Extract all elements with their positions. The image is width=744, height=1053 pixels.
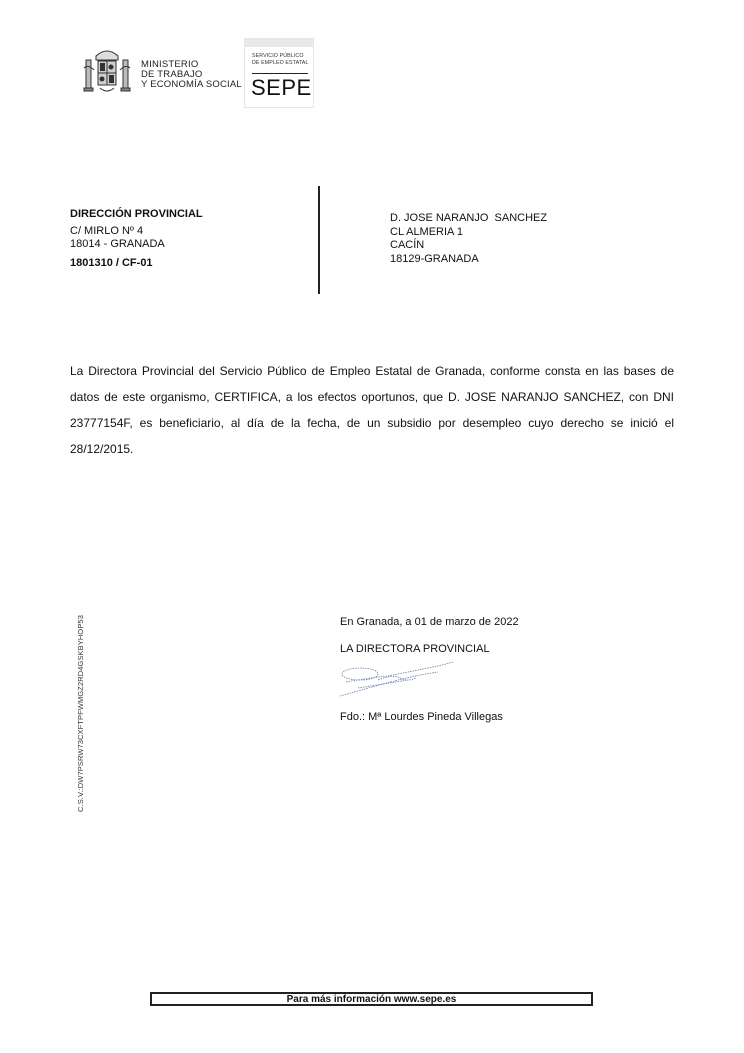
csv-verification-code: C.S.V.:DW7PSRW73CXFTPFWMGZ2RD4GSKBYHOP53	[76, 615, 85, 812]
sender-address-line: C/ MIRLO Nº 4	[70, 225, 203, 238]
certificate-body: La Directora Provincial del Servicio Púb…	[70, 358, 674, 462]
recipient-name: D. JOSE NARANJO SANCHEZ	[390, 212, 547, 226]
sender-address-line: 18014 - GRANADA	[70, 238, 203, 251]
ministry-name: MINISTERIO DE TRABAJO Y ECONOMÍA SOCIAL	[141, 60, 242, 90]
sepe-name-line: SERVICIO PÚBLICO	[252, 53, 308, 60]
sender-block: DIRECCIÓN PROVINCIAL C/ MIRLO Nº 4 18014…	[70, 208, 203, 270]
recipient-block: D. JOSE NARANJO SANCHEZ CL ALMERIA 1 CAC…	[390, 212, 547, 266]
sepe-logo-rule	[252, 73, 308, 74]
recipient-postal: 18129-GRANADA	[390, 253, 547, 267]
signatory-role: LA DIRECTORA PROVINCIAL	[340, 643, 519, 656]
sender-reference: 1801310 / CF-01	[70, 257, 203, 270]
coat-of-arms-icon	[82, 44, 132, 96]
sepe-acronym: SEPE	[251, 77, 312, 99]
sepe-logo: SERVICIO PÚBLICO DE EMPLEO ESTATAL SEPE	[244, 38, 314, 108]
recipient-town: CACÍN	[390, 239, 547, 253]
ministry-line: Y ECONOMÍA SOCIAL	[141, 80, 242, 90]
sepe-logo-band	[245, 39, 313, 47]
sepe-name-line: DE EMPLEO ESTATAL	[252, 60, 308, 67]
recipient-street: CL ALMERIA 1	[390, 226, 547, 240]
handwritten-signature-icon	[338, 660, 458, 700]
sender-title: DIRECCIÓN PROVINCIAL	[70, 208, 203, 221]
signatory-name: Fdo.: Mª Lourdes Pineda Villegas	[340, 711, 503, 723]
sepe-full-name: SERVICIO PÚBLICO DE EMPLEO ESTATAL	[252, 53, 308, 66]
signature-block: En Granada, a 01 de marzo de 2022 LA DIR…	[340, 616, 519, 656]
footer-info-box: Para más información www.sepe.es	[150, 992, 593, 1006]
vertical-divider	[318, 186, 320, 294]
place-date: En Granada, a 01 de marzo de 2022	[340, 616, 519, 629]
footer-text: Para más información www.sepe.es	[287, 994, 457, 1005]
